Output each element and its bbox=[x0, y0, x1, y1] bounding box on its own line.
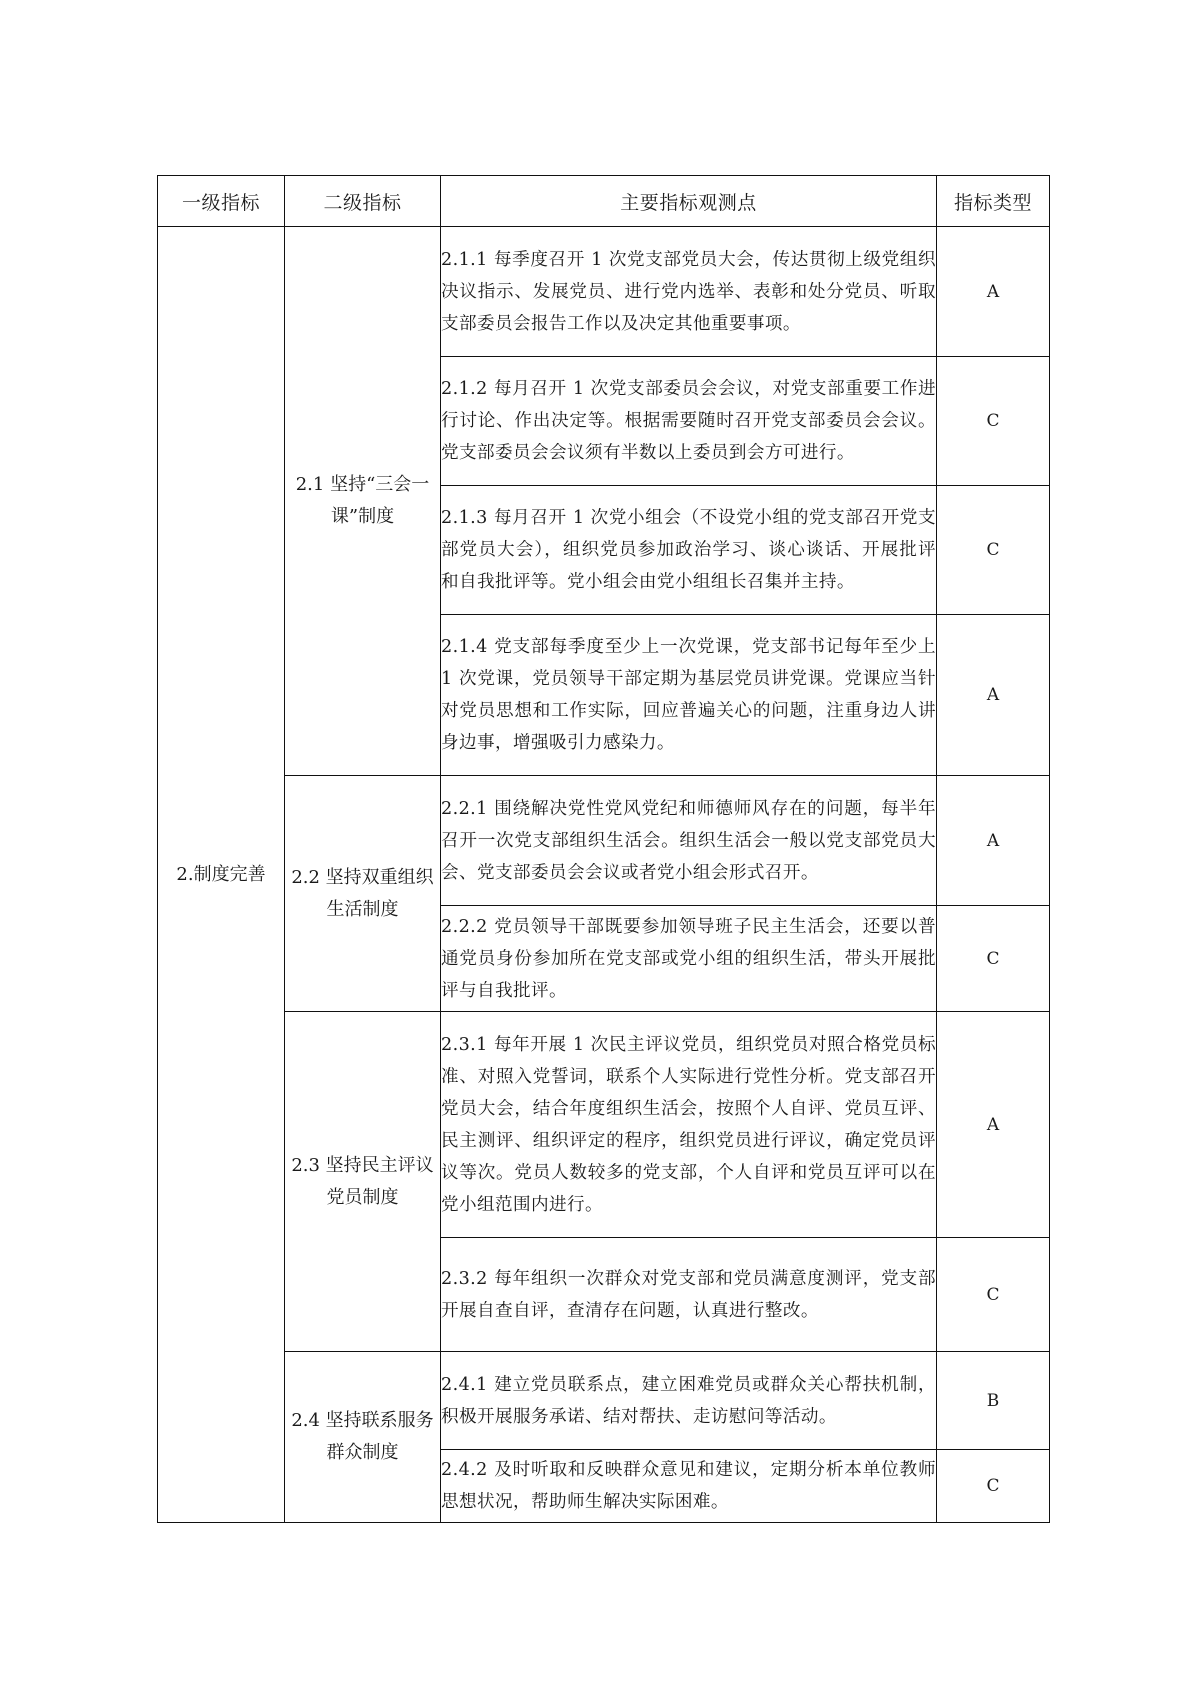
observation-cell: 2.1.4 党支部每季度至少上一次党课，党支部书记每年至少上 1 次党课，党员领… bbox=[441, 615, 937, 776]
level1-cell: 2.制度完善 bbox=[158, 227, 285, 1523]
type-cell: A bbox=[937, 1012, 1050, 1238]
observation-cell: 2.1.1 每季度召开 1 次党支部党员大会，传达贯彻上级党组织决议指示、发展党… bbox=[441, 227, 937, 357]
type-cell: A bbox=[937, 227, 1050, 357]
type-cell: C bbox=[937, 906, 1050, 1012]
observation-cell: 2.3.1 每年开展 1 次民主评议党员，组织党员对照合格党员标准、对照入党誓词… bbox=[441, 1012, 937, 1238]
observation-cell: 2.3.2 每年组织一次群众对党支部和党员满意度测评，党支部开展自查自评，查清存… bbox=[441, 1238, 937, 1352]
header-observation: 主要指标观测点 bbox=[441, 176, 937, 227]
observation-cell: 2.4.2 及时听取和反映群众意见和建议，定期分析本单位教师思想状况，帮助师生解… bbox=[441, 1450, 937, 1523]
table-row: 2.2 坚持双重组织生活制度 2.2.1 围绕解决党性党风党纪和师德师风存在的问… bbox=[158, 776, 1050, 906]
observation-cell: 2.1.3 每月召开 1 次党小组会（不设党小组的党支部召开党支部党员大会），组… bbox=[441, 486, 937, 615]
table-row: 2.4 坚持联系服务群众制度 2.4.1 建立党员联系点，建立困难党员或群众关心… bbox=[158, 1352, 1050, 1450]
observation-cell: 2.2.2 党员领导干部既要参加领导班子民主生活会，还要以普通党员身份参加所在党… bbox=[441, 906, 937, 1012]
type-cell: C bbox=[937, 1238, 1050, 1352]
observation-cell: 2.4.1 建立党员联系点，建立困难党员或群众关心帮扶机制，积极开展服务承诺、结… bbox=[441, 1352, 937, 1450]
level2-cell: 2.1 坚持“三会一课”制度 bbox=[285, 227, 441, 776]
observation-cell: 2.2.1 围绕解决党性党风党纪和师德师风存在的问题，每半年召开一次党支部组织生… bbox=[441, 776, 937, 906]
type-cell: C bbox=[937, 1450, 1050, 1523]
type-cell: A bbox=[937, 615, 1050, 776]
type-cell: B bbox=[937, 1352, 1050, 1450]
header-row: 一级指标 二级指标 主要指标观测点 指标类型 bbox=[158, 176, 1050, 227]
level2-cell: 2.2 坚持双重组织生活制度 bbox=[285, 776, 441, 1012]
type-cell: C bbox=[937, 486, 1050, 615]
level2-cell: 2.3 坚持民主评议党员制度 bbox=[285, 1012, 441, 1352]
header-level2: 二级指标 bbox=[285, 176, 441, 227]
table-row: 2.3 坚持民主评议党员制度 2.3.1 每年开展 1 次民主评议党员，组织党员… bbox=[158, 1012, 1050, 1238]
header-type: 指标类型 bbox=[937, 176, 1050, 227]
observation-cell: 2.1.2 每月召开 1 次党支部委员会会议，对党支部重要工作进行讨论、作出决定… bbox=[441, 357, 937, 486]
table-row: 2.制度完善 2.1 坚持“三会一课”制度 2.1.1 每季度召开 1 次党支部… bbox=[158, 227, 1050, 357]
indicator-table: 一级指标 二级指标 主要指标观测点 指标类型 2.制度完善 2.1 坚持“三会一… bbox=[157, 175, 1050, 1523]
header-level1: 一级指标 bbox=[158, 176, 285, 227]
type-cell: C bbox=[937, 357, 1050, 486]
type-cell: A bbox=[937, 776, 1050, 906]
level2-cell: 2.4 坚持联系服务群众制度 bbox=[285, 1352, 441, 1523]
